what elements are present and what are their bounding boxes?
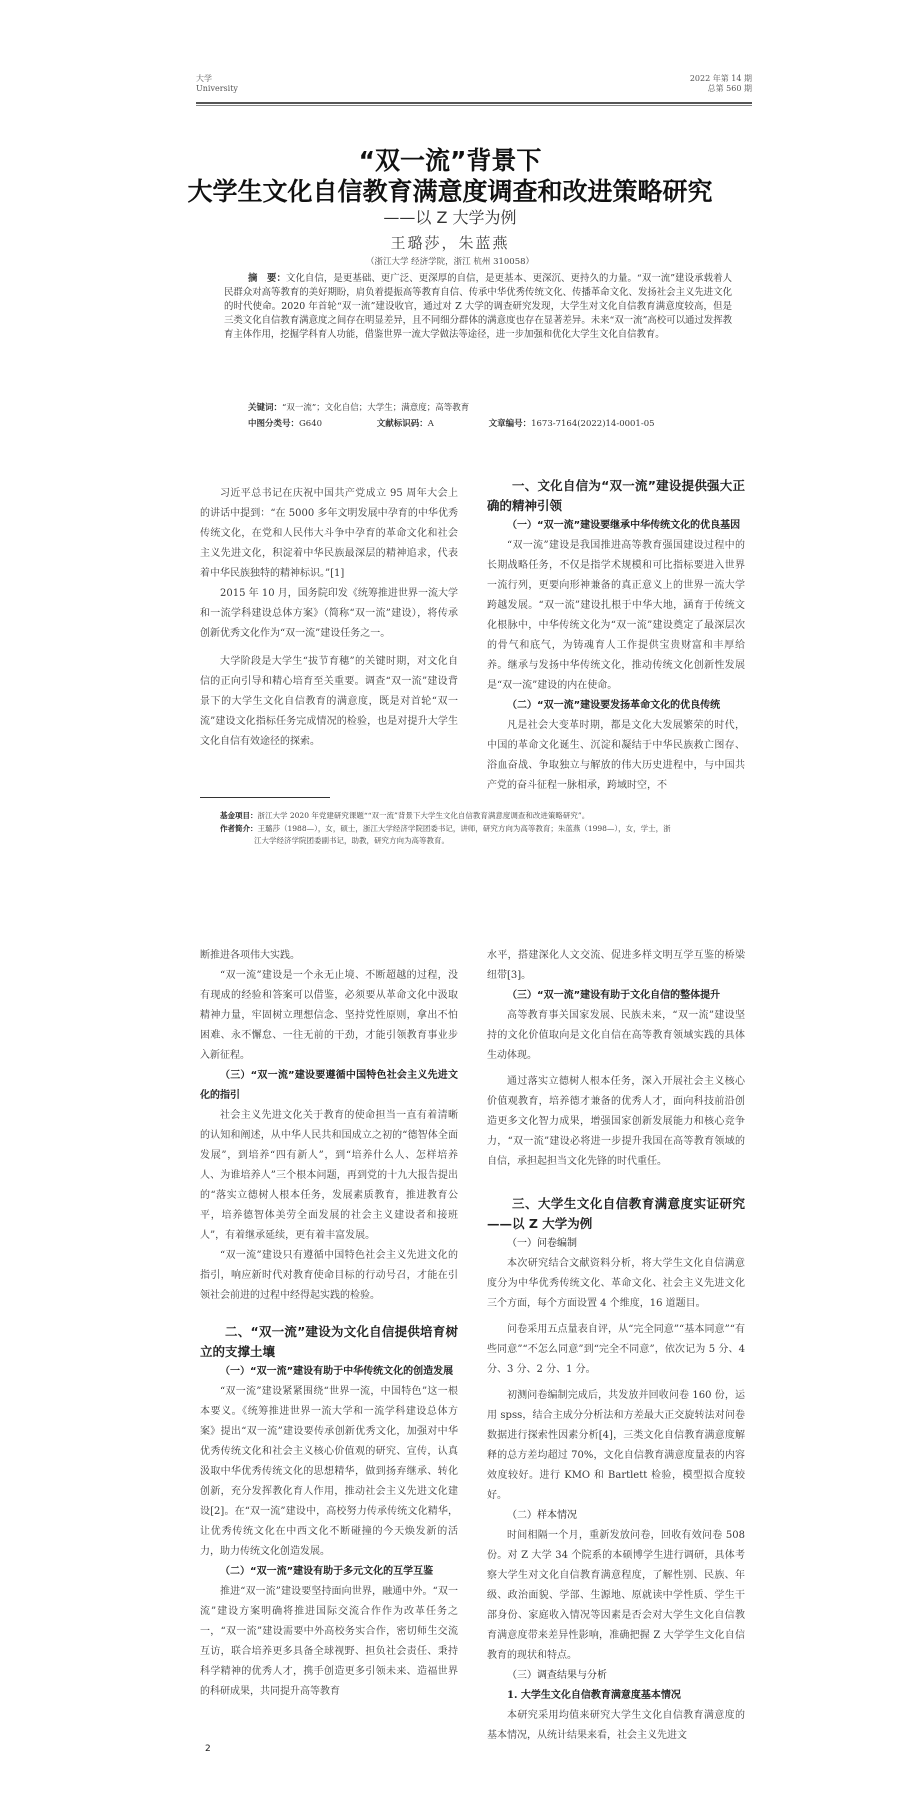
journal-name-cn: 大学: [196, 74, 238, 84]
paragraph: “双一流”建设紧紧围绕“世界一流，中国特色”这一根本要义。《统筹推进世界一流大学…: [200, 1382, 458, 1562]
author-bio-text-cont: 江大学经济学院团委副书记，助教，研究方向为高等教育。: [220, 835, 740, 847]
clc-label: 中图分类号：: [248, 419, 299, 429]
subsubsection-heading: 1. 大学生文化自信教育满意度基本情况: [487, 1686, 745, 1706]
paragraph: 凡是社会大变革时期，都是文化大发展繁荣的时代，中国的革命文化诞生、沉淀和凝结于中…: [487, 716, 745, 796]
affiliation: （浙江大学 经济学院，浙江 杭州 310058）: [150, 255, 750, 267]
clc-number: 中图分类号：G640: [248, 419, 348, 429]
header-rule: [196, 102, 752, 104]
page1-right-column: 一、文化自信为“双一流”建设提供强大正确的精神引领 （一）“双一流”建设要继承中…: [487, 476, 745, 796]
section-heading-3: 三、大学生文化自信教育满意度实证研究——以 Z 大学为例: [487, 1194, 745, 1234]
subsection-heading: （三）调查结果与分析: [487, 1666, 745, 1686]
abstract-label: 摘 要：: [248, 273, 286, 284]
article-number-value: 1673-7164(2022)14-0001-05: [531, 419, 654, 429]
paragraph: 2015 年 10 月，国务院印发《统筹推进世界一流大学和一流学科建设总体方案》…: [200, 584, 458, 644]
issue-info: 2022 年第 14 期 总第 560 期: [690, 74, 752, 94]
keywords: 关键词：“双一流”；文化自信；大学生；满意度；高等教育: [248, 401, 469, 413]
authors: 王璐莎，朱蓝燕: [150, 232, 750, 253]
subsection-heading: （一）“双一流”建设有助于中华传统文化的创造发展: [200, 1362, 458, 1382]
section-heading-2: 二、“双一流”建设为文化自信提供培育树立的支撑土壤: [200, 1322, 458, 1362]
paragraph: 通过落实立德树人根本任务，深入开展社会主义核心价值观教育，培养德才兼备的优秀人才…: [487, 1072, 745, 1172]
title-line-2: 大学生文化自信教育满意度调查和改进策略研究: [150, 172, 750, 208]
paragraph: 本研究采用均值来研究大学生文化自信教育满意度的基本情况，从统计结果来看，社会主义…: [487, 1706, 745, 1746]
doc-code: 文献标识码：A: [377, 419, 460, 429]
article-number: 文章编号：1673-7164(2022)14-0001-05: [489, 419, 681, 429]
section-heading-1: 一、文化自信为“双一流”建设提供强大正确的精神引领: [487, 476, 745, 516]
journal-name-en: University: [196, 84, 238, 94]
paragraph: “双一流”建设是我国推进高等教育强国建设过程中的长期战略任务，不仅是指学术规模和…: [487, 536, 745, 696]
page2-left-column: 断推进各项伟大实践。 “双一流”建设是一个永无止境、不断超越的过程，没有现成的经…: [200, 946, 458, 1702]
journal-name: 大学 University: [196, 74, 238, 94]
paragraph: “双一流”建设是一个永无止境、不断超越的过程，没有现成的经验和答案可以借鉴，必须…: [200, 966, 458, 1066]
running-header: 大学 University 2022 年第 14 期 总第 560 期: [196, 74, 752, 100]
clc-value: G640: [299, 419, 322, 429]
paragraph: 习近平总书记在庆祝中国共产党成立 95 周年大会上的讲话中提到：“在 5000 …: [200, 484, 458, 584]
subsection-heading: （一）问卷编制: [487, 1234, 745, 1254]
keywords-text: “双一流”；文化自信；大学生；满意度；高等教育: [282, 403, 469, 413]
paragraph: 社会主义先进文化关于教育的使命担当一直有着清晰的认知和阐述，从中华人民共和国成立…: [200, 1106, 458, 1246]
page1-left-column: 习近平总书记在庆祝中国共产党成立 95 周年大会上的讲话中提到：“在 5000 …: [200, 484, 458, 752]
paragraph: 时间相隔一个月，重新发放问卷，回收有效问卷 508 份。对 Z 大学 34 个院…: [487, 1526, 745, 1666]
subtitle: ——以 Z 大学为例: [150, 205, 750, 228]
classification-line: 中图分类号：G640 文献标识码：A 文章编号：1673-7164(2022)1…: [248, 417, 707, 429]
subsection-heading: （三）“双一流”建设有助于文化自信的整体提升: [487, 986, 745, 1006]
paragraph: 推进“双一流”建设要坚持面向世界，融通中外。“双一流”建设方案明确将推进国际交流…: [200, 1582, 458, 1702]
keywords-label: 关键词：: [248, 403, 282, 413]
footnote-rule: [200, 797, 330, 798]
doc-code-label: 文献标识码：: [377, 419, 428, 429]
page-number: 2: [205, 1744, 211, 1754]
doc-code-value: A: [428, 419, 434, 429]
subsection-heading: （一）“双一流”建设要继承中华传统文化的优良基因: [487, 516, 745, 536]
fund-label: 基金项目：: [220, 811, 258, 820]
subsection-heading: （三）“双一流”建设要遵循中国特色社会主义先进文化的指引: [200, 1066, 458, 1106]
subsection-heading: （二）“双一流”建设有助于多元文化的互学互鉴: [200, 1562, 458, 1582]
issue-number: 2022 年第 14 期: [690, 74, 752, 84]
paragraph: 大学阶段是大学生“拔节育穗”的关键时期，对文化自信的正向引导和精心培育至关重要。…: [200, 652, 458, 752]
paragraph-continued: 水平，搭建深化人文交流、促进多样文明互学互鉴的桥梁纽带[3]。: [487, 946, 745, 986]
paragraph-continued: 断推进各项伟大实践。: [200, 946, 458, 966]
author-note: 作者简介：王璐莎（1988—），女，硕士，浙江大学经济学院团委书记，讲师，研究方…: [220, 823, 740, 847]
fund-text: 浙江大学 2020 年党建研究课题““双一流”背景下大学生文化自信教育满意度调查…: [258, 811, 590, 820]
paragraph: 本次研究结合文献资料分析，将大学生文化自信满意度分为中华优秀传统文化、革命文化、…: [487, 1254, 745, 1314]
fund-note: 基金项目：浙江大学 2020 年党建研究课题““双一流”背景下大学生文化自信教育…: [220, 810, 740, 822]
total-issue-number: 总第 560 期: [690, 84, 752, 94]
subsection-heading: （二）“双一流”建设要发扬革命文化的优良传统: [487, 696, 745, 716]
paragraph: 高等教育事关国家发展、民族未来，“双一流”建设坚持的文化价值取向是文化自信在高等…: [487, 1006, 745, 1066]
author-bio-text: 王璐莎（1988—），女，硕士，浙江大学经济学院团委书记，讲师，研究方向为高等教…: [258, 824, 671, 833]
abstract: 摘 要：文化自信，是更基础、更广泛、更深厚的自信，是更基本、更深沉、更持久的力量…: [224, 272, 732, 342]
paragraph: 初测问卷编制完成后，共发放并回收问卷 160 份，运用 spss，结合主成分分析…: [487, 1386, 745, 1506]
paragraph: 问卷采用五点量表自评，从“完全同意”“基本同意”“有些同意”“不怎么同意”到“完…: [487, 1320, 745, 1380]
paragraph: “双一流”建设只有遵循中国特色社会主义先进文化的指引，响应新时代对教育使命目标的…: [200, 1246, 458, 1306]
page2-right-column: 水平，搭建深化人文交流、促进多样文明互学互鉴的桥梁纽带[3]。 （三）“双一流”…: [487, 946, 745, 1746]
header-rule-thin: [196, 105, 752, 106]
abstract-text: 文化自信，是更基础、更广泛、更深厚的自信，是更基本、更深沉、更持久的力量。“双一…: [224, 273, 732, 340]
subsection-heading: （二）样本情况: [487, 1506, 745, 1526]
article-number-label: 文章编号：: [489, 419, 532, 429]
author-bio-label: 作者简介：: [220, 824, 258, 833]
